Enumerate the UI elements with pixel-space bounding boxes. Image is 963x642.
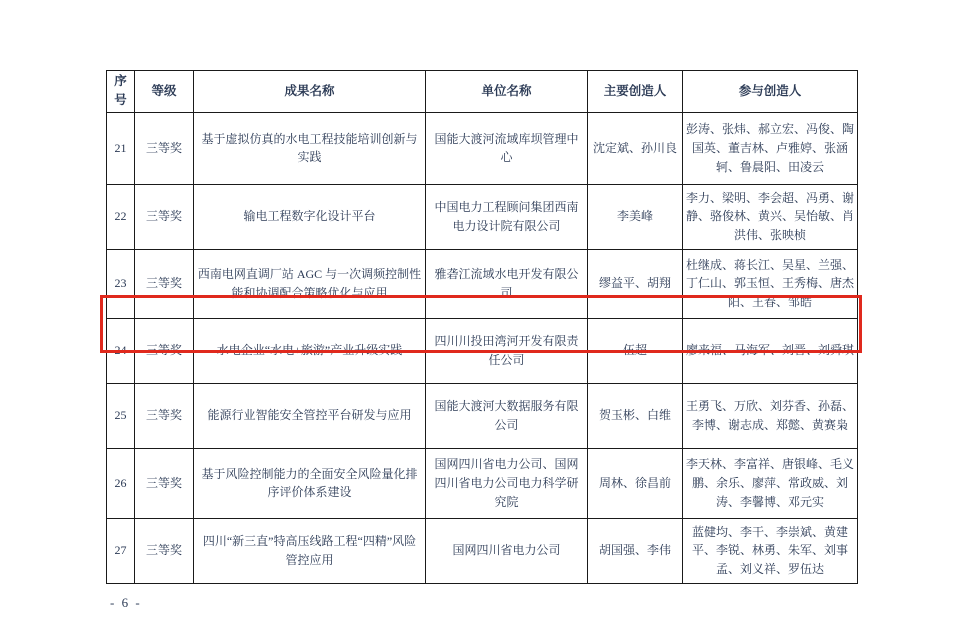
cell-unit: 国能大渡河流域库坝管理中心 [426,112,588,184]
cell-participants: 廖来福、马海军、刘晋、刘舜琪 [683,318,858,383]
cell-unit: 中国电力工程顾问集团西南电力设计院有限公司 [426,184,588,249]
cell-participants: 李天林、李富祥、唐银峰、毛义鹏、余乐、廖萍、常政威、刘涛、李馨博、邓元实 [683,448,858,518]
table-header-row: 序号 等级 成果名称 单位名称 主要创造人 参与创造人 [107,71,858,113]
cell-main-creators: 李美峰 [588,184,683,249]
cell-achievement: 能源行业智能安全管控平台研发与应用 [194,383,426,448]
cell-no: 27 [107,518,135,583]
cell-no: 25 [107,383,135,448]
cell-no: 22 [107,184,135,249]
table-row: 25 三等奖 能源行业智能安全管控平台研发与应用 国能大渡河大数据服务有限公司 … [107,383,858,448]
table-row: 23 三等奖 西南电网直调厂站 AGC 与一次调频控制性能和协调配合策略优化与应… [107,249,858,318]
cell-main-creators: 周林、徐昌前 [588,448,683,518]
cell-main-creators: 胡国强、李伟 [588,518,683,583]
cell-unit: 国网四川省电力公司、国网四川省电力公司电力科学研究院 [426,448,588,518]
page-number: - 6 - [110,595,142,611]
document-page: 序号 等级 成果名称 单位名称 主要创造人 参与创造人 21 三等奖 基于虚拟仿… [0,0,963,642]
cell-main-creators: 沈定斌、孙川良 [588,112,683,184]
cell-participants: 蓝健均、李干、李崇斌、黄建平、李锐、林勇、朱军、刘事孟、刘义祥、罗伍达 [683,518,858,583]
cell-no: 21 [107,112,135,184]
header-participants: 参与创造人 [683,71,858,113]
table-row: 22 三等奖 输电工程数字化设计平台 中国电力工程顾问集团西南电力设计院有限公司… [107,184,858,249]
award-results-table: 序号 等级 成果名称 单位名称 主要创造人 参与创造人 21 三等奖 基于虚拟仿… [106,70,858,584]
table-row: 27 三等奖 四川“新三直”特高压线路工程“四精”风险管控应用 国网四川省电力公… [107,518,858,583]
header-grade: 等级 [135,71,194,113]
cell-unit: 国网四川省电力公司 [426,518,588,583]
cell-main-creators: 缪益平、胡翔 [588,249,683,318]
cell-achievement: 基于风险控制能力的全面安全风险量化排序评价体系建设 [194,448,426,518]
cell-participants: 李力、梁明、李会超、冯勇、谢静、骆俊林、黄兴、吴怡敏、肖洪伟、张映桢 [683,184,858,249]
header-achievement: 成果名称 [194,71,426,113]
cell-achievement: 西南电网直调厂站 AGC 与一次调频控制性能和协调配合策略优化与应用 [194,249,426,318]
table-row: 21 三等奖 基于虚拟仿真的水电工程技能培训创新与实践 国能大渡河流域库坝管理中… [107,112,858,184]
cell-unit: 雅砻江流域水电开发有限公司 [426,249,588,318]
cell-achievement: 四川“新三直”特高压线路工程“四精”风险管控应用 [194,518,426,583]
cell-grade: 三等奖 [135,184,194,249]
header-unit: 单位名称 [426,71,588,113]
cell-no: 23 [107,249,135,318]
cell-achievement: 基于虚拟仿真的水电工程技能培训创新与实践 [194,112,426,184]
cell-grade: 三等奖 [135,448,194,518]
cell-grade: 三等奖 [135,518,194,583]
header-no: 序号 [107,71,135,113]
cell-grade: 三等奖 [135,383,194,448]
cell-no: 26 [107,448,135,518]
cell-participants: 彭涛、张炜、郝立宏、冯俊、陶国英、董吉林、卢雅婷、张涵轲、鲁晨阳、田凌云 [683,112,858,184]
cell-unit: 国能大渡河大数据服务有限公司 [426,383,588,448]
cell-no: 24 [107,318,135,383]
cell-achievement: 水电企业“水电+旅游”产业升级实践 [194,318,426,383]
table-row: 26 三等奖 基于风险控制能力的全面安全风险量化排序评价体系建设 国网四川省电力… [107,448,858,518]
cell-main-creators: 贺玉彬、白维 [588,383,683,448]
cell-participants: 王勇飞、万欣、刘芬香、孙磊、李博、谢志成、郑懿、黄赛枭 [683,383,858,448]
header-main-creators: 主要创造人 [588,71,683,113]
cell-grade: 三等奖 [135,112,194,184]
table-row-highlighted: 24 三等奖 水电企业“水电+旅游”产业升级实践 四川川投田湾河开发有限责任公司… [107,318,858,383]
cell-unit: 四川川投田湾河开发有限责任公司 [426,318,588,383]
cell-achievement: 输电工程数字化设计平台 [194,184,426,249]
cell-grade: 三等奖 [135,249,194,318]
cell-main-creators: 伍超 [588,318,683,383]
cell-grade: 三等奖 [135,318,194,383]
cell-participants: 杜继成、蒋长江、吴星、兰强、丁仁山、郭玉恒、王秀梅、唐杰阳、王春、邹皓 [683,249,858,318]
